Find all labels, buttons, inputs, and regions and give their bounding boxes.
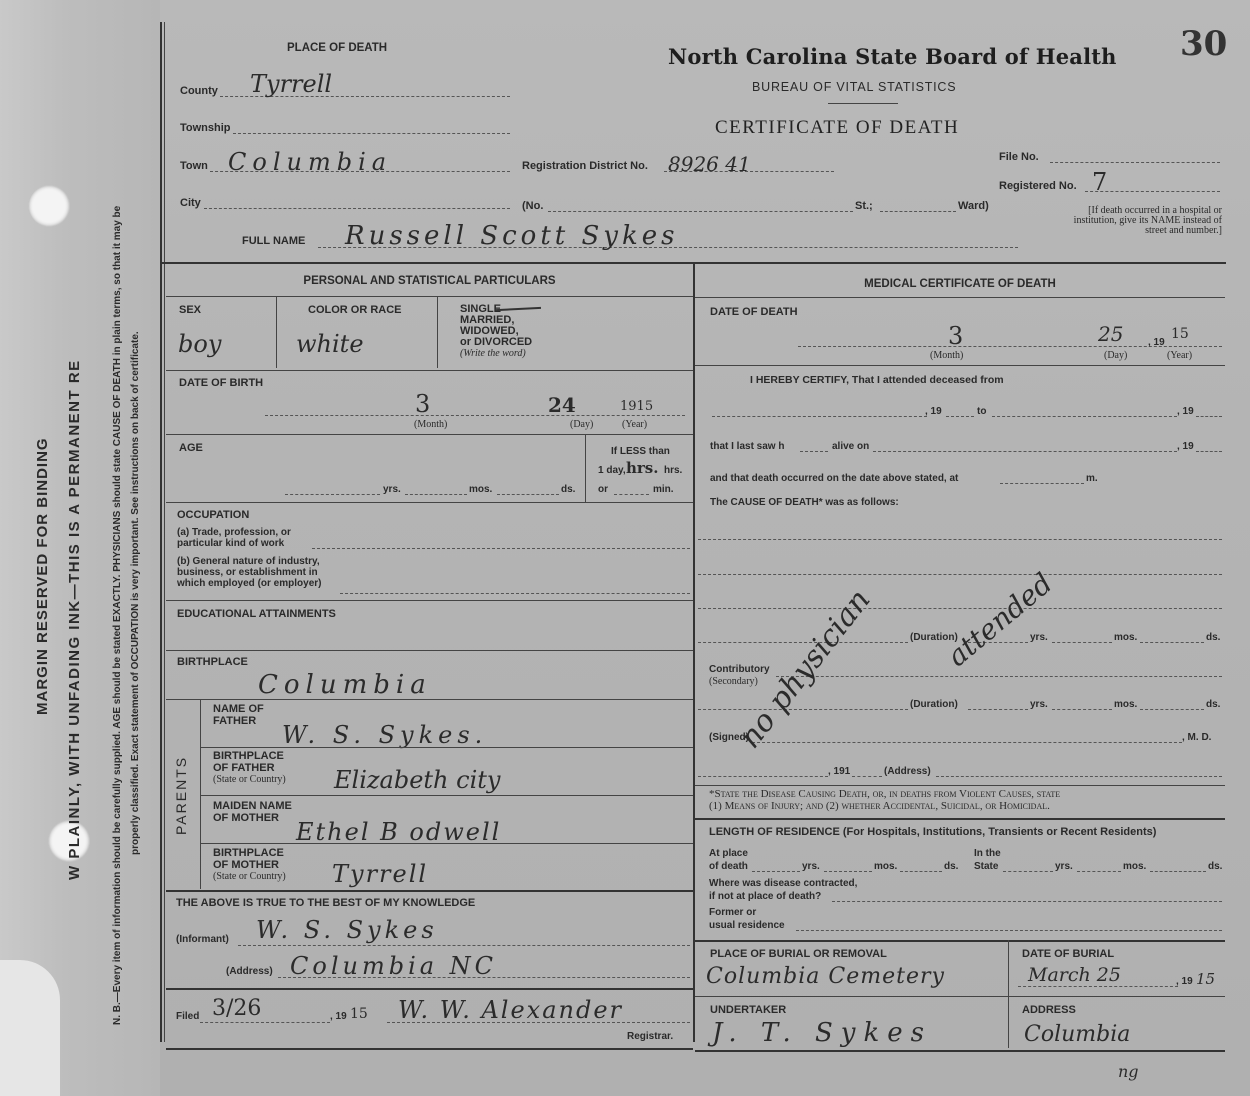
place-of-death-heading: PLACE OF DEATH bbox=[287, 42, 387, 54]
file-no-label: File No. bbox=[999, 151, 1039, 163]
registrar-signature: W. W. Alexander bbox=[398, 996, 623, 1024]
from-year-line bbox=[946, 416, 974, 417]
certify-statement: I HEREBY CERTIFY, That I attended deceas… bbox=[750, 374, 1004, 386]
contributory-label: Contributory bbox=[709, 664, 770, 675]
marital-hint: (Write the word) bbox=[460, 348, 532, 359]
duration-mos-line-1 bbox=[1052, 642, 1112, 643]
in-state-yrs-line bbox=[1003, 871, 1053, 872]
row-divider bbox=[200, 795, 693, 796]
race-label: COLOR OR RACE bbox=[308, 304, 402, 316]
father-bp-hint: (State or Country) bbox=[213, 774, 286, 786]
father-name-value: W. S. Sykes. bbox=[282, 721, 487, 749]
street-line bbox=[548, 211, 853, 212]
secondary-label: (Secondary) bbox=[709, 676, 758, 687]
undertaker-address-label: ADDRESS bbox=[1022, 1004, 1076, 1016]
occupation-b-line3: which employed (or employer) bbox=[177, 578, 321, 589]
father-birthplace-label: BIRTHPLACE OF FATHER (State or Country) bbox=[213, 750, 286, 786]
burial-place-value: Columbia Cemetery bbox=[706, 964, 945, 989]
alive-on-line bbox=[873, 451, 1177, 452]
occupation-b-line2: business, or establishment in bbox=[177, 567, 321, 578]
occupation-a-line1: (a) Trade, profession, or bbox=[177, 527, 291, 538]
row-divider bbox=[166, 434, 693, 435]
cause-of-death-value-2: attended bbox=[941, 567, 1059, 673]
less-hrs-label: hrs. bbox=[664, 465, 682, 476]
header-rule bbox=[828, 103, 898, 104]
binding-hole-top bbox=[28, 185, 70, 227]
marital-divorced: or DIVORCED bbox=[460, 337, 532, 348]
in-state-ds: ds. bbox=[1208, 861, 1222, 872]
sex-label: SEX bbox=[179, 304, 201, 316]
certificate-page: MARGIN RESERVED FOR BINDING W PLAINLY, W… bbox=[0, 0, 1250, 1096]
father-name-label: NAME OF FATHER bbox=[213, 703, 264, 727]
residence-heading: LENGTH OF RESIDENCE (For Hospitals, Inst… bbox=[709, 826, 1156, 838]
duration-mos-1: mos. bbox=[1114, 632, 1137, 643]
occupation-a-line2: particular kind of work bbox=[177, 538, 291, 549]
filed-year-prefix: , 19 bbox=[330, 1011, 347, 1022]
undertaker-value: J. T. Sykes bbox=[712, 1018, 932, 1048]
township-label: Township bbox=[180, 122, 231, 134]
dob-label: DATE OF BIRTH bbox=[179, 377, 263, 389]
personal-heading-rule bbox=[166, 296, 693, 297]
cause-line-3 bbox=[698, 608, 1222, 609]
dod-year-hint: (Year) bbox=[1167, 350, 1192, 361]
hospital-note: [If death occurred in a hospital or inst… bbox=[1070, 206, 1222, 236]
ink-notice: W PLAINLY, WITH UNFADING INK—THIS IS A P… bbox=[66, 359, 83, 880]
row-divider bbox=[166, 650, 693, 651]
duration-label-2: (Duration) bbox=[910, 699, 958, 710]
duration-ds-2: ds. bbox=[1206, 699, 1220, 710]
footnote-line-2: (1) Means of Injury; and (2) whether Acc… bbox=[709, 800, 1060, 812]
father-label-1: NAME OF bbox=[213, 703, 264, 715]
occupation-b-line1: (b) General nature of industry, bbox=[177, 556, 321, 567]
full-name-value: Russell Scott Sykes bbox=[345, 221, 678, 251]
row-divider bbox=[695, 996, 1225, 997]
street-label: St.; bbox=[855, 200, 873, 212]
burial-date-value: March 25 bbox=[1028, 964, 1121, 986]
informant-value: W. S. Sykes bbox=[256, 916, 438, 944]
footnote-line-1: *State the Disease Causing Death, or, in… bbox=[709, 788, 1060, 800]
alive-year-prefix: , 19 bbox=[1177, 441, 1194, 452]
dod-label: DATE OF DEATH bbox=[710, 306, 798, 318]
race-value: white bbox=[296, 330, 364, 358]
dob-day-hint: (Day) bbox=[570, 419, 593, 430]
attended-to-line bbox=[992, 416, 1177, 417]
former-residence-label-2: usual residence bbox=[709, 920, 785, 931]
in-state-label-1: In the bbox=[974, 848, 1001, 859]
binding-notice: MARGIN RESERVED FOR BINDING bbox=[34, 437, 51, 715]
town-label: Town bbox=[180, 160, 208, 172]
death-time-line bbox=[1000, 483, 1084, 484]
dod-day: 25 bbox=[1098, 322, 1123, 346]
county-value: Tyrrell bbox=[250, 70, 332, 98]
column-divider bbox=[693, 262, 695, 1042]
father-birthplace-value: Elizabeth city bbox=[334, 766, 500, 794]
death-time-m: m. bbox=[1086, 473, 1098, 484]
at-place-mos-line bbox=[824, 871, 872, 872]
last-saw-label: that I last saw h bbox=[710, 441, 784, 452]
less-min-label: min. bbox=[653, 484, 674, 495]
burial-year-value: 15 bbox=[1196, 970, 1215, 988]
frame-left-border-inner bbox=[164, 22, 165, 1042]
mother-name-value: Ethel B odwell bbox=[296, 818, 501, 846]
filed-year-value: 15 bbox=[350, 1006, 368, 1022]
undertaker-address-value: Columbia bbox=[1024, 1022, 1130, 1047]
less-min-line bbox=[614, 494, 649, 495]
physician-address-line bbox=[936, 776, 1222, 777]
board-title: North Carolina State Board of Health bbox=[668, 44, 1117, 69]
filed-label: Filed bbox=[176, 1011, 199, 1022]
ward-label: Ward) bbox=[958, 200, 989, 212]
birthplace-value: Columbia bbox=[258, 670, 432, 700]
informant-line bbox=[238, 945, 690, 946]
duration-yrs-line-2 bbox=[968, 709, 1028, 710]
father-bp-label-2: OF FATHER bbox=[213, 762, 286, 774]
less-day-label: 1 day, bbox=[598, 465, 626, 476]
dob-month: 3 bbox=[415, 390, 430, 418]
mother-birthplace-label: BIRTHPLACE OF MOTHER (State or Country) bbox=[213, 847, 286, 883]
alive-on-label: alive on bbox=[832, 441, 869, 452]
age-ds-line bbox=[497, 494, 559, 495]
undertaker-label: UNDERTAKER bbox=[710, 1004, 786, 1016]
at-place-label-1: At place bbox=[709, 848, 748, 859]
less-than-label: If LESS than bbox=[611, 446, 670, 457]
street-no-label: (No. bbox=[522, 200, 543, 212]
duration-mos-2: mos. bbox=[1114, 699, 1137, 710]
marital-label: SINGLE MARRIED, WIDOWED, or DIVORCED (Wr… bbox=[460, 304, 532, 359]
mother-label-2: OF MOTHER bbox=[213, 812, 292, 824]
burial-date-label: DATE OF BURIAL bbox=[1022, 948, 1114, 960]
sign-date-line bbox=[698, 776, 828, 777]
informant-heading: THE ABOVE IS TRUE TO THE BEST OF MY KNOW… bbox=[176, 897, 475, 909]
mother-bp-label-2: OF MOTHER bbox=[213, 859, 286, 871]
dob-year-hint: (Year) bbox=[622, 419, 647, 430]
duration-yrs-1: yrs. bbox=[1030, 632, 1048, 643]
father-label-2: FATHER bbox=[213, 715, 264, 727]
cause-footnote: *State the Disease Causing Death, or, in… bbox=[709, 788, 1060, 812]
at-place-ds-line bbox=[900, 871, 942, 872]
education-label: EDUCATIONAL ATTAINMENTS bbox=[177, 608, 336, 620]
personal-heading: PERSONAL AND STATISTICAL PARTICULARS bbox=[166, 275, 693, 287]
dod-year-prefix: , 19 bbox=[1148, 337, 1165, 348]
at-place-yrs: yrs. bbox=[802, 861, 820, 872]
ward-line bbox=[880, 211, 956, 212]
medical-heading: MEDICAL CERTIFICATE OF DEATH bbox=[695, 278, 1225, 290]
full-name-label: FULL NAME bbox=[242, 235, 305, 247]
informant-label: (Informant) bbox=[176, 934, 229, 945]
registered-no-label: Registered No. bbox=[999, 180, 1077, 192]
less-or-label: or bbox=[598, 484, 608, 495]
township-line bbox=[233, 133, 510, 134]
last-saw-line bbox=[800, 451, 828, 452]
informant-address-value: Columbia NC bbox=[290, 952, 497, 980]
in-state-ds-line bbox=[1150, 871, 1206, 872]
nb-instructions-line1: N. B.—Every item of information should b… bbox=[112, 206, 123, 1025]
duration-ds-1: ds. bbox=[1206, 632, 1220, 643]
registrar-label: Registrar. bbox=[627, 1031, 673, 1042]
town-value: Columbia bbox=[228, 148, 392, 176]
city-line bbox=[204, 208, 510, 209]
dob-month-hint: (Month) bbox=[414, 419, 447, 430]
at-place-ds: ds. bbox=[944, 861, 958, 872]
age-yrs-line bbox=[285, 494, 380, 495]
dob-day: 24 bbox=[548, 393, 576, 417]
row-divider bbox=[695, 940, 1225, 942]
race-divider bbox=[437, 296, 438, 368]
mother-name-label: MAIDEN NAME OF MOTHER bbox=[213, 800, 292, 824]
burial-place-label: PLACE OF BURIAL OR REMOVAL bbox=[710, 948, 887, 960]
sign-year-line bbox=[852, 776, 882, 777]
to-year-prefix: , 19 bbox=[1177, 406, 1194, 417]
frame-left-border bbox=[160, 22, 162, 1042]
duration-ds-line-1 bbox=[1140, 642, 1204, 643]
duration-ds-line-2 bbox=[1140, 709, 1204, 710]
duration-mos-line-2 bbox=[1052, 709, 1112, 710]
parents-divider bbox=[200, 699, 201, 889]
in-state-yrs: yrs. bbox=[1055, 861, 1073, 872]
row-divider bbox=[166, 988, 693, 990]
sheet-number: 30 bbox=[1180, 24, 1227, 64]
row-divider bbox=[166, 502, 693, 503]
death-occurred-label: and that death occurred on the date abov… bbox=[710, 473, 958, 484]
row-divider bbox=[200, 843, 693, 844]
less-hrs-value: hrs. bbox=[626, 459, 658, 477]
filed-date-line bbox=[200, 1022, 330, 1023]
occupation-b-label: (b) General nature of industry, business… bbox=[177, 556, 321, 589]
row-divider bbox=[166, 370, 693, 371]
occupation-a-label: (a) Trade, profession, or particular kin… bbox=[177, 527, 291, 549]
cause-line-1 bbox=[698, 539, 1222, 540]
registration-district-label: Registration District No. bbox=[522, 160, 648, 172]
age-yrs-label: yrs. bbox=[383, 484, 401, 495]
row-divider bbox=[695, 785, 1225, 786]
to-year-line bbox=[1196, 416, 1222, 417]
cause-of-death-label: The CAUSE OF DEATH* was as follows: bbox=[710, 497, 899, 508]
sex-value: boy bbox=[178, 330, 221, 358]
occupation-label: OCCUPATION bbox=[177, 509, 249, 521]
sex-divider bbox=[276, 296, 277, 368]
burial-year-prefix: , 19 bbox=[1176, 976, 1193, 987]
registered-no-value: 7 bbox=[1092, 168, 1107, 196]
mother-label-1: MAIDEN NAME bbox=[213, 800, 292, 812]
at-place-yrs-line bbox=[752, 871, 800, 872]
mother-bp-hint: (State or Country) bbox=[213, 871, 286, 883]
age-mos-label: mos. bbox=[469, 484, 492, 495]
dob-line bbox=[265, 415, 685, 416]
former-residence-line bbox=[796, 930, 1222, 931]
county-label: County bbox=[180, 85, 218, 97]
nb-instructions-line2: properly classified. Exact statement of … bbox=[130, 331, 141, 855]
row-divider bbox=[166, 600, 693, 601]
registration-district-value: 8926 41 bbox=[668, 152, 751, 176]
medical-heading-rule bbox=[695, 297, 1225, 298]
duration-yrs-2: yrs. bbox=[1030, 699, 1048, 710]
burial-divider bbox=[1008, 940, 1009, 1048]
dod-month: 3 bbox=[948, 322, 963, 350]
row-divider bbox=[166, 890, 693, 892]
age-mos-line bbox=[405, 494, 467, 495]
in-state-mos: mos. bbox=[1123, 861, 1146, 872]
former-residence-label-1: Former or bbox=[709, 907, 756, 918]
dod-day-hint: (Day) bbox=[1104, 350, 1127, 361]
birthplace-label: BIRTHPLACE bbox=[177, 656, 248, 668]
frame-bottom-right bbox=[695, 1050, 1225, 1052]
dod-month-hint: (Month) bbox=[930, 350, 963, 361]
sign-year-prefix: , 191 bbox=[828, 766, 850, 777]
at-place-mos: mos. bbox=[874, 861, 897, 872]
certificate-title: CERTIFICATE OF DEATH bbox=[715, 117, 959, 139]
in-state-label-2: State bbox=[974, 861, 998, 872]
to-label: to bbox=[977, 406, 986, 417]
at-place-label-2: of death bbox=[709, 861, 748, 872]
frame-bottom-left bbox=[166, 1048, 693, 1050]
burial-date-line bbox=[1018, 986, 1178, 987]
age-label: AGE bbox=[179, 442, 203, 454]
signed-line bbox=[752, 742, 1182, 743]
filed-date-value: 3/26 bbox=[212, 996, 261, 1021]
torn-corner bbox=[0, 960, 60, 1096]
age-divider bbox=[585, 434, 586, 502]
md-label: , M. D. bbox=[1182, 732, 1211, 743]
occupation-b-line bbox=[340, 593, 690, 594]
dob-year: 1915 bbox=[620, 399, 653, 414]
contracted-line bbox=[832, 901, 1222, 902]
occupation-a-line bbox=[312, 548, 690, 549]
bureau-title: BUREAU OF VITAL STATISTICS bbox=[752, 80, 956, 94]
physician-address-label: (Address) bbox=[884, 766, 931, 777]
parents-side-label: PARENTS bbox=[173, 756, 189, 835]
row-divider bbox=[695, 365, 1225, 366]
in-state-mos-line bbox=[1077, 871, 1121, 872]
row-divider bbox=[200, 747, 693, 748]
father-bp-label-1: BIRTHPLACE bbox=[213, 750, 286, 762]
mother-birthplace-value: Tyrrell bbox=[332, 860, 428, 888]
mother-bp-label-1: BIRTHPLACE bbox=[213, 847, 286, 859]
row-divider bbox=[166, 699, 693, 700]
dod-year: 15 bbox=[1171, 326, 1189, 342]
row-divider bbox=[695, 818, 1225, 820]
city-label: City bbox=[180, 197, 201, 209]
cause-line-2 bbox=[698, 574, 1222, 575]
duration-line-2 bbox=[698, 709, 908, 710]
from-year-prefix: , 19 bbox=[925, 406, 942, 417]
informant-address-label: (Address) bbox=[226, 966, 273, 977]
contributory-line bbox=[776, 676, 1222, 677]
clerk-initials: ng bbox=[1118, 1062, 1139, 1081]
contracted-label-1: Where was disease contracted, bbox=[709, 878, 857, 889]
age-ds-label: ds. bbox=[561, 484, 575, 495]
alive-year-line bbox=[1196, 451, 1222, 452]
attended-from-line bbox=[712, 416, 927, 417]
contracted-label-2: if not at place of death? bbox=[709, 891, 821, 902]
file-no-line bbox=[1050, 162, 1220, 163]
